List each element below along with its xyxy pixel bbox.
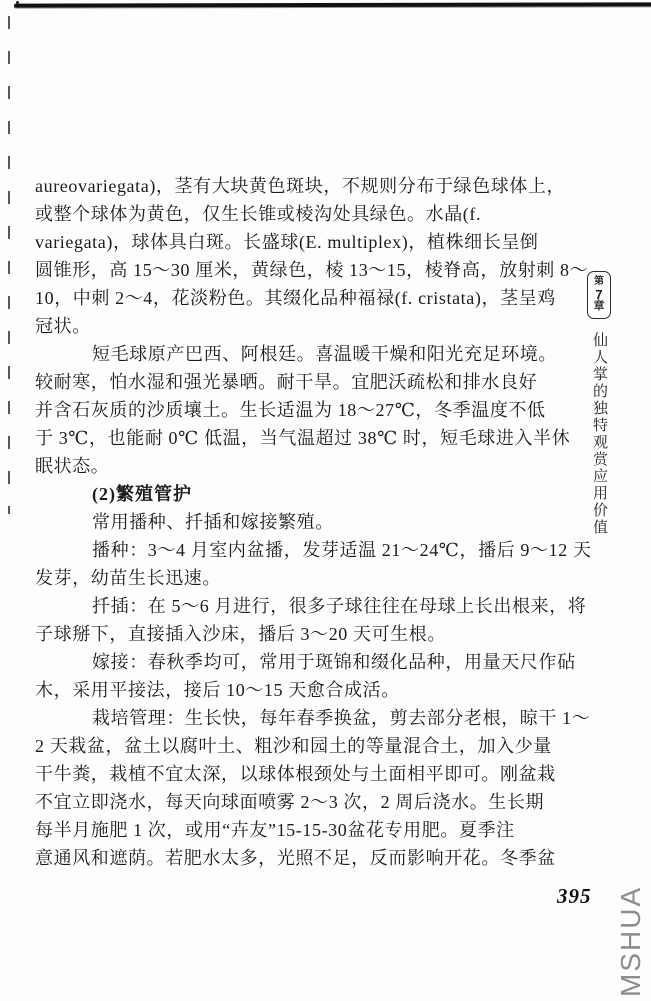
page-number: 395 (557, 884, 592, 909)
text-line: 木，采用平接法，接后 10～15 天愈合成活。 (35, 676, 575, 704)
body-text: aureovariegata)，茎有大块黄色斑块，不规则分布于绿色球体上，或整个… (35, 172, 575, 872)
text-line: 嫁接：春秋季均可，常用于斑锦和缀化品种，用量天尺作砧 (35, 648, 575, 676)
text-line: 每半月施肥 1 次，或用“卉友”15-15-30盆花专用肥。夏季注 (35, 816, 575, 844)
text-line: 冠状。 (35, 312, 575, 340)
text-line: 短毛球原产巴西、阿根廷。喜温暖干燥和阳光充足环境。 (35, 340, 575, 368)
text-line: 眠状态。 (35, 452, 575, 480)
text-line: 子球掰下，直接插入沙床，播后 3～20 天可生根。 (35, 620, 575, 648)
text-line: 并含石灰质的沙质壤土。生长适温为 18～27℃，冬季温度不低 (35, 396, 575, 424)
text-line: 不宜立即浇水，每天向球面喷雾 2～3 次，2 周后浇水。生长期 (35, 788, 575, 816)
text-line: 扦插：在 5～6 月进行，很多子球往往在母球上长出根来，将 (35, 592, 575, 620)
scanned-book-page: aureovariegata)，茎有大块黄色斑块，不规则分布于绿色球体上，或整个… (0, 0, 651, 1001)
text-line: 2 天栽盆，盆土以腐叶土、粗沙和园土的等量混合土，加入少量 (35, 732, 575, 760)
text-line: 栽培管理：生长快，每年春季换盆，剪去部分老根，晾干 1～ (35, 704, 575, 732)
text-line: 于 3℃，也能耐 0℃ 低温，当气温超过 38℃ 时，短毛球进入半休 (35, 424, 575, 452)
text-line: aureovariegata)，茎有大块黄色斑块，不规则分布于绿色球体上， (35, 172, 575, 200)
text-line: 圆锥形，高 15～30 厘米，黄绿色，棱 13～15，棱脊高，放射刺 8～ (35, 256, 575, 284)
text-line: 播种：3～4 月室内盆播，发芽适温 21～24℃，播后 9～12 天 (35, 536, 575, 564)
text-line: 发芽，幼苗生长迅速。 (35, 564, 575, 592)
text-line: (2)繁殖管护 (35, 480, 575, 508)
scan-artifact-dot (16, 1, 19, 4)
chapter-suffix: 章 (594, 301, 605, 313)
text-line: 或整个球体为黄色，仅生长锥或棱沟处具绿色。水晶(f. (35, 200, 575, 228)
text-line: 干牛粪，栽植不宜太深，以球体根颈处与土面相平即可。刚盆栽 (35, 760, 575, 788)
text-line: variegata)，球体具白斑。长盛球(E. multiplex)，植株细长呈… (35, 228, 575, 256)
binding-dash-marks (8, 16, 10, 514)
chapter-badge: 第 7 章 (587, 271, 611, 319)
text-line: 10，中刺 2～4，花淡粉色。其缀化品种福禄(f. cristata)，茎呈鸡 (35, 284, 575, 312)
watermark-mshua: MSHUA (615, 886, 647, 997)
chapter-title: 仙人掌的独特观赏应用价值 (589, 332, 610, 547)
text-line: 意通风和遮荫。若肥水太多，光照不足，反而影响开花。冬季盆 (35, 844, 575, 872)
text-line: 常用播种、扦插和嫁接繁殖。 (35, 508, 575, 536)
scan-artifact-top-line (14, 2, 651, 7)
text-line: 较耐寒，怕水湿和强光暴晒。耐干旱。宜肥沃疏松和排水良好 (35, 368, 575, 396)
